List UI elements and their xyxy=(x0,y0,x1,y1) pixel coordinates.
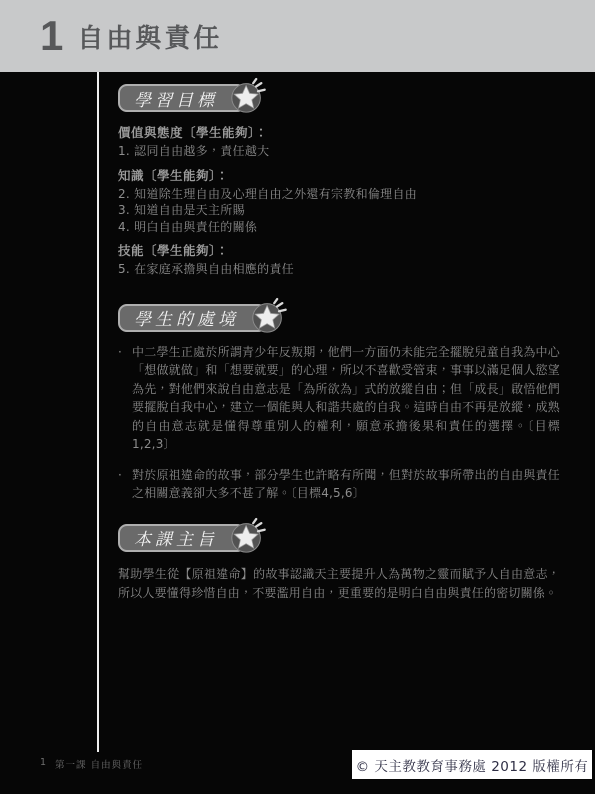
section-student-situation: 學生的處境 · 中二學生正處於所謂青少年反叛期，他們一方面仍未能完全擺脫兒童自我… xyxy=(118,304,560,503)
theme-paragraph: 幫助學生從【原祖違命】的故事認識天主要提升人為萬物之靈而賦予人自由意志，所以人要… xyxy=(118,565,560,603)
sparkle-star-icon xyxy=(228,77,268,115)
copyright-notice: © 天主教教育事務處 2012 版權所有 xyxy=(352,750,592,779)
sparkle-star-icon xyxy=(228,517,268,555)
content-area: 學習目標 價值與態度〔學生能夠〕： 1. 認同自由越多，責任越大 知識〔學生能夠… xyxy=(118,84,560,603)
goal-group-heading: 知識〔學生能夠〕： xyxy=(118,167,560,184)
page-header: 1 自由與責任 xyxy=(0,0,595,72)
footer-chapter-label: 第一課 自由與責任 xyxy=(55,757,143,771)
margin-rule-line xyxy=(97,72,99,752)
situation-paragraph: 對於原祖違命的故事，部分學生也許略有所聞，但對於故事所帶出的自由與責任之相關意義… xyxy=(132,466,560,503)
goal-item: 2. 知道除生理自由及心理自由之外還有宗教和倫理自由 xyxy=(118,186,560,203)
page-footer: 1 第一課 自由與責任 xyxy=(40,757,143,771)
goal-item: 3. 知道自由是天主所賜 xyxy=(118,202,560,219)
goal-item: 4. 明白自由與責任的關係 xyxy=(118,219,560,236)
badge-label: 學生的處境 xyxy=(134,305,239,330)
student-situation-badge: 學生的處境 xyxy=(118,304,267,332)
textbook-page: 1 自由與責任 學習目標 價值與態度〔學生能夠〕： 1. 認同自由越 xyxy=(0,0,595,794)
bullet-marker: · xyxy=(118,343,132,454)
section-lesson-theme: 本課主旨 幫助學生從【原祖違命】的故事認識天主要提升人為萬物之靈而賦予人自由意志… xyxy=(118,524,560,603)
footer-page-number: 1 xyxy=(40,757,47,771)
goal-item: 5. 在家庭承擔與自由相應的責任 xyxy=(118,261,560,278)
sparkle-star-icon xyxy=(249,297,289,335)
goal-item: 1. 認同自由越多，責任越大 xyxy=(118,143,560,160)
learning-goals-badge: 學習目標 xyxy=(118,84,246,112)
badge-label: 學習目標 xyxy=(134,86,218,111)
goal-group-heading: 價值與態度〔學生能夠〕： xyxy=(118,124,560,141)
list-item: · 中二學生正處於所謂青少年反叛期，他們一方面仍未能完全擺脫兒童自我為中心「想做… xyxy=(118,343,560,454)
bullet-marker: · xyxy=(118,466,132,503)
goal-group-heading: 技能〔學生能夠〕： xyxy=(118,242,560,259)
section-learning-goals: 學習目標 價值與態度〔學生能夠〕： 1. 認同自由越多，責任越大 知識〔學生能夠… xyxy=(118,84,560,278)
situation-paragraph: 中二學生正處於所謂青少年反叛期，他們一方面仍未能完全擺脫兒童自我為中心「想做就做… xyxy=(132,343,560,454)
page-title: 自由與責任 xyxy=(77,18,222,55)
badge-label: 本課主旨 xyxy=(134,525,218,550)
lesson-number: 1 xyxy=(40,15,63,57)
list-item: · 對於原祖違命的故事，部分學生也許略有所聞，但對於故事所帶出的自由與責任之相關… xyxy=(118,466,560,503)
situation-bullet-list: · 中二學生正處於所謂青少年反叛期，他們一方面仍未能完全擺脫兒童自我為中心「想做… xyxy=(118,343,560,503)
lesson-theme-badge: 本課主旨 xyxy=(118,524,246,552)
